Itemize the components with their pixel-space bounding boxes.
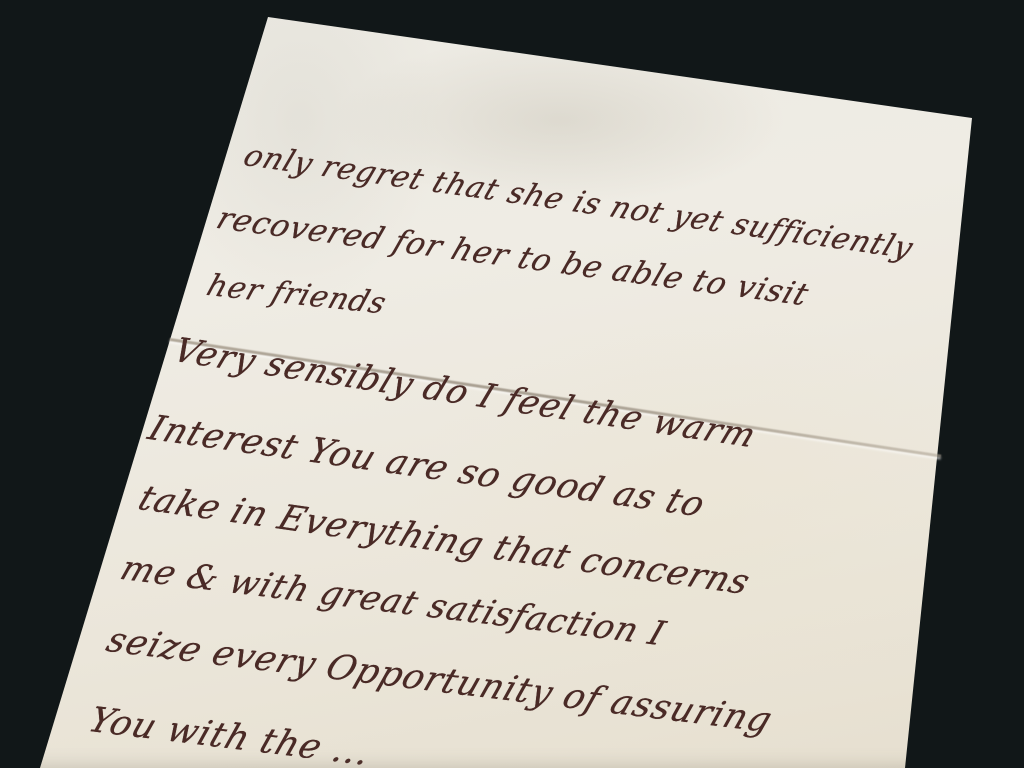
letter-line: You with the ... bbox=[83, 701, 376, 768]
handwritten-text: only regret that she is not yet sufficie… bbox=[0, 0, 1024, 768]
letter-line: her friends bbox=[202, 268, 391, 321]
photo-stage: only regret that she is not yet sufficie… bbox=[0, 0, 1024, 768]
